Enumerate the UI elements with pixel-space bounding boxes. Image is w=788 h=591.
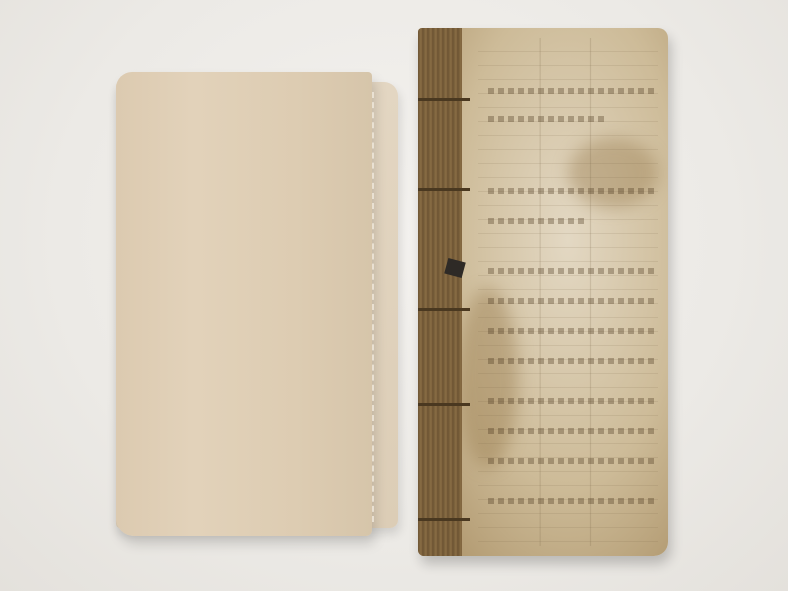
binding-stitch (418, 188, 470, 191)
blank-folded-paper (116, 72, 398, 540)
handwriting-row (488, 268, 654, 274)
handwriting-row (488, 88, 654, 94)
binding-stitch (418, 518, 470, 521)
ledger-spine (418, 28, 462, 556)
handwriting-row (488, 188, 654, 194)
handwriting-row (488, 428, 654, 434)
binding-stitch (418, 403, 470, 406)
handwritten-ledger (418, 28, 668, 556)
handwriting-row (488, 398, 654, 404)
handwriting-row (488, 298, 654, 304)
handwriting-row (488, 458, 654, 464)
handwriting-row (488, 218, 588, 224)
handwriting-row (488, 328, 654, 334)
ruled-lines (478, 38, 658, 546)
handwriting-row (488, 116, 608, 122)
paper-front-fold (116, 72, 372, 536)
handwriting-row (488, 498, 654, 504)
binding-stitch (418, 98, 470, 101)
handwriting-row (488, 358, 654, 364)
deckle-edge (372, 92, 380, 522)
binding-stitch (418, 308, 470, 311)
